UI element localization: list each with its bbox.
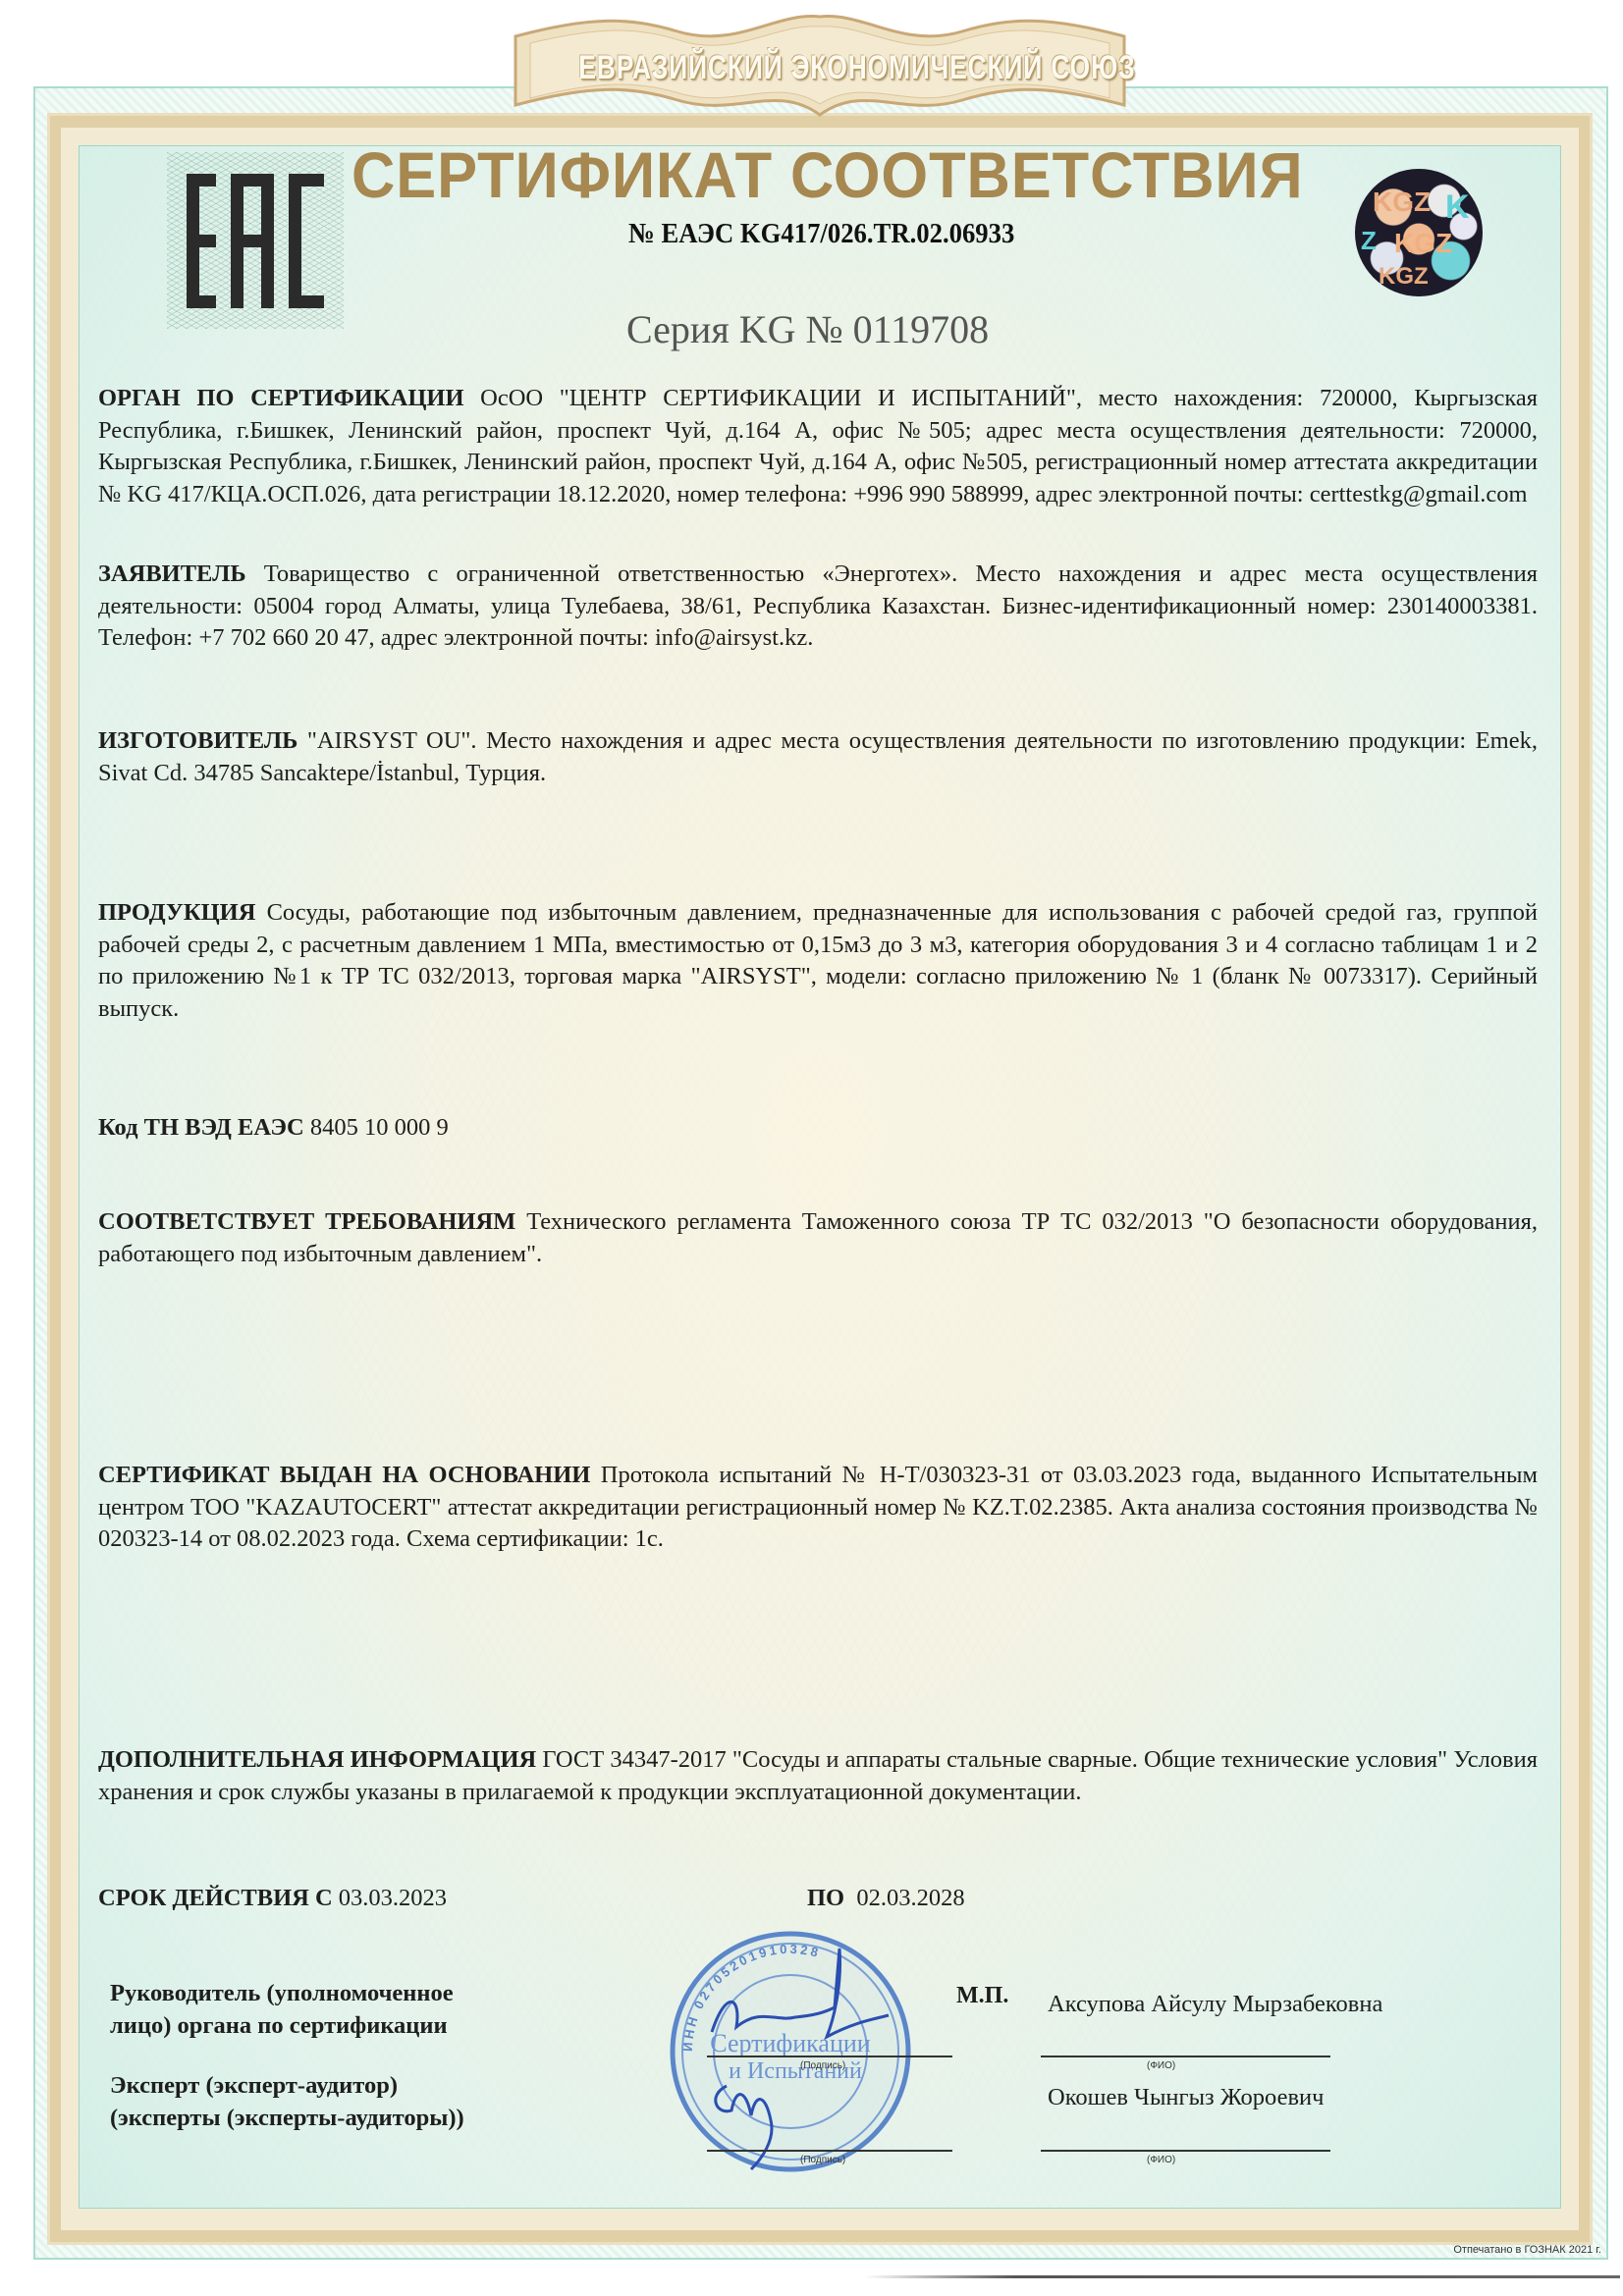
validity-from-label: СРОК ДЕЙСТВИЯ С — [98, 1885, 333, 1911]
expert-fio-caption: (ФИО) — [1147, 2155, 1175, 2165]
expert-name: Окошев Чынгыз Жороевич — [1048, 2084, 1324, 2111]
section-product: ПРОДУКЦИЯ Сосуды, работающие под избыточ… — [98, 897, 1538, 1025]
head-signature-line — [707, 2056, 952, 2057]
hologram-icon: KGZ K KGZ Z KGZ — [1355, 169, 1483, 296]
section-text: Сосуды, работающие под избыточным давлен… — [98, 899, 1538, 1022]
section-hs-code: Код ТН ВЭД ЕАЭС 8405 10 000 9 — [98, 1112, 1538, 1145]
section-label: СЕРТИФИКАТ ВЫДАН НА ОСНОВАНИИ — [98, 1462, 590, 1488]
head-label: Руководитель (уполномоченное лицо) орган… — [110, 1977, 454, 2042]
validity-from-date: 03.03.2023 — [339, 1885, 447, 1911]
head-signature-caption: (Подпись) — [800, 2060, 845, 2071]
certificate-title: СЕРТИФИКАТ СООТВЕТСТВИЯ — [352, 137, 1304, 212]
svg-text:Сертификации: Сертификации — [710, 2029, 871, 2057]
validity-from: СРОК ДЕЙСТВИЯ С 03.03.2023 — [98, 1883, 447, 1915]
validity-to: ПО 02.03.2028 — [807, 1883, 965, 1915]
head-label-line-2: лицо) органа по сертификации — [110, 2009, 454, 2042]
expert-label-line-1: Эксперт (эксперт-аудитор) — [110, 2069, 464, 2102]
head-fio-line — [1041, 2056, 1330, 2057]
stamp-mark-label: М.П. — [956, 1983, 1008, 2009]
section-conforms: СООТВЕТСТВУЕТ ТРЕБОВАНИЯМ Технического р… — [98, 1206, 1538, 1270]
section-label: СООТВЕТСТВУЕТ ТРЕБОВАНИЯМ — [98, 1208, 515, 1235]
head-fio-caption: (ФИО) — [1147, 2060, 1175, 2071]
validity-to-date: 02.03.2028 — [856, 1885, 964, 1911]
expert-signature-line — [707, 2150, 952, 2152]
section-label: ЗАЯВИТЕЛЬ — [98, 561, 246, 587]
section-label: ПРОДУКЦИЯ — [98, 899, 255, 926]
section-applicant: ЗАЯВИТЕЛЬ Товарищество с ограниченной от… — [98, 559, 1538, 655]
section-manufacturer: ИЗГОТОВИТЕЛЬ "AIRSYST OU". Место нахожде… — [98, 725, 1538, 789]
head-name: Аксупова Айсулу Мырзабековна — [1048, 1991, 1382, 2018]
head-label-line-1: Руководитель (уполномоченное — [110, 1977, 454, 2009]
expert-label: Эксперт (эксперт-аудитор) (эксперты (экс… — [110, 2069, 464, 2134]
serial-number: Серия KG № 0119708 — [626, 306, 989, 352]
eac-logo-icon — [187, 174, 324, 308]
section-label: ИЗГОТОВИТЕЛЬ — [98, 727, 298, 754]
expert-fio-line — [1041, 2150, 1330, 2152]
section-certification-body: ОРГАН ПО СЕРТИФИКАЦИИ ОсОО "ЦЕНТР СЕРТИФ… — [98, 383, 1538, 510]
section-text: "AIRSYST OU". Место нахождения и адрес м… — [98, 727, 1538, 786]
page-edge-shadow — [864, 2275, 1620, 2278]
validity-to-label: ПО — [807, 1885, 844, 1911]
expert-label-line-2: (эксперты (эксперты-аудиторы)) — [110, 2102, 464, 2134]
official-stamp-icon: ИНН 02705201910328 Сертификации и Испыта… — [668, 1929, 913, 2174]
expert-signature-caption: (Подпись) — [800, 2155, 845, 2165]
certificate-number: № ЕАЭС KG417/026.TR.02.06933 — [628, 218, 1014, 250]
section-basis: СЕРТИФИКАТ ВЫДАН НА ОСНОВАНИИ Протокола … — [98, 1460, 1538, 1556]
section-label: Код ТН ВЭД ЕАЭС — [98, 1114, 304, 1141]
section-label: ДОПОЛНИТЕЛЬНАЯ ИНФОРМАЦИЯ — [98, 1746, 536, 1773]
section-text: Товарищество с ограниченной ответственно… — [98, 561, 1538, 651]
printer-note: Отпечатано в ГОЗНАК 2021 г. — [1453, 2244, 1601, 2256]
section-text: 8405 10 000 9 — [310, 1114, 449, 1141]
section-label: ОРГАН ПО СЕРТИФИКАЦИИ — [98, 385, 464, 411]
section-additional-info: ДОПОЛНИТЕЛЬНАЯ ИНФОРМАЦИЯ ГОСТ 34347-201… — [98, 1744, 1538, 1808]
banner-title: ЕВРАЗИЙСКИЙ ЭКОНОМИЧЕСКИЙ СОЮЗ — [578, 49, 1060, 87]
